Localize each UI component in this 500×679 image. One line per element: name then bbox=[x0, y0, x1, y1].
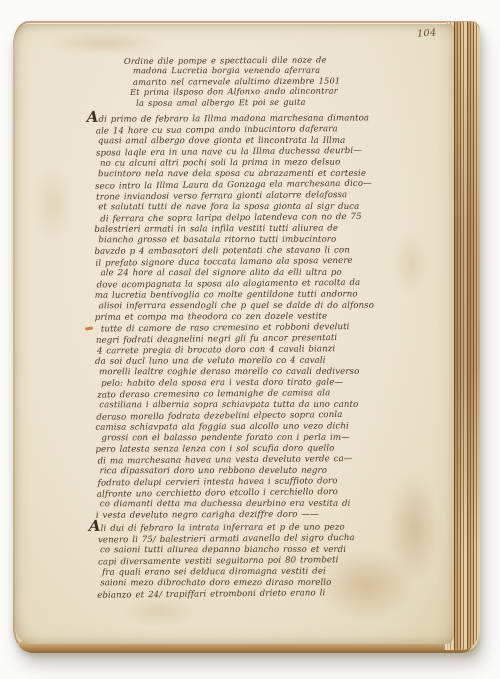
manuscript-line: alisoi inferrara essendogli che p quel s… bbox=[99, 301, 407, 313]
manuscript-line: biancho grosso et basatala ritorno tutti… bbox=[98, 235, 406, 247]
book: 104 Ordine dile pompe e specttaculi dile… bbox=[13, 21, 480, 653]
heading-line: madona Lucretia borgia venendo aferrara bbox=[133, 65, 410, 76]
manuscript-photo: 104 Ordine dile pompe e specttaculi dile… bbox=[0, 0, 500, 679]
heading-line: la sposa amal albergo Et poi se guita bbox=[136, 96, 410, 108]
folio-number: 104 bbox=[417, 27, 437, 39]
manuscript-line: grossi con el balasso pendente forato co… bbox=[101, 433, 407, 445]
heading-block: Ordine dile pompe e specttaculi dile noz… bbox=[124, 54, 410, 108]
age-stain bbox=[45, 32, 165, 54]
manuscript-line: morelli lealtre coghie deraso morello co… bbox=[99, 367, 407, 379]
age-stain bbox=[33, 164, 73, 244]
paragraph: Adi primo de febraro la Illma madona mar… bbox=[94, 111, 408, 522]
age-stain bbox=[125, 598, 195, 624]
manuscript-line: ebianzo et 24/ trapiffari etromboni drie… bbox=[97, 587, 408, 602]
paragraph: Ali dui di febraro la intrata inferrara … bbox=[96, 520, 408, 601]
margin-mark bbox=[85, 326, 93, 330]
manuscript-line: co diamanti detta ma duchessa deurbino e… bbox=[100, 499, 408, 511]
body-text-block: Adi primo de febraro la Illma madona mar… bbox=[94, 111, 409, 601]
manuscript-page: 104 Ordine dile pompe e specttaculi dile… bbox=[15, 24, 454, 644]
